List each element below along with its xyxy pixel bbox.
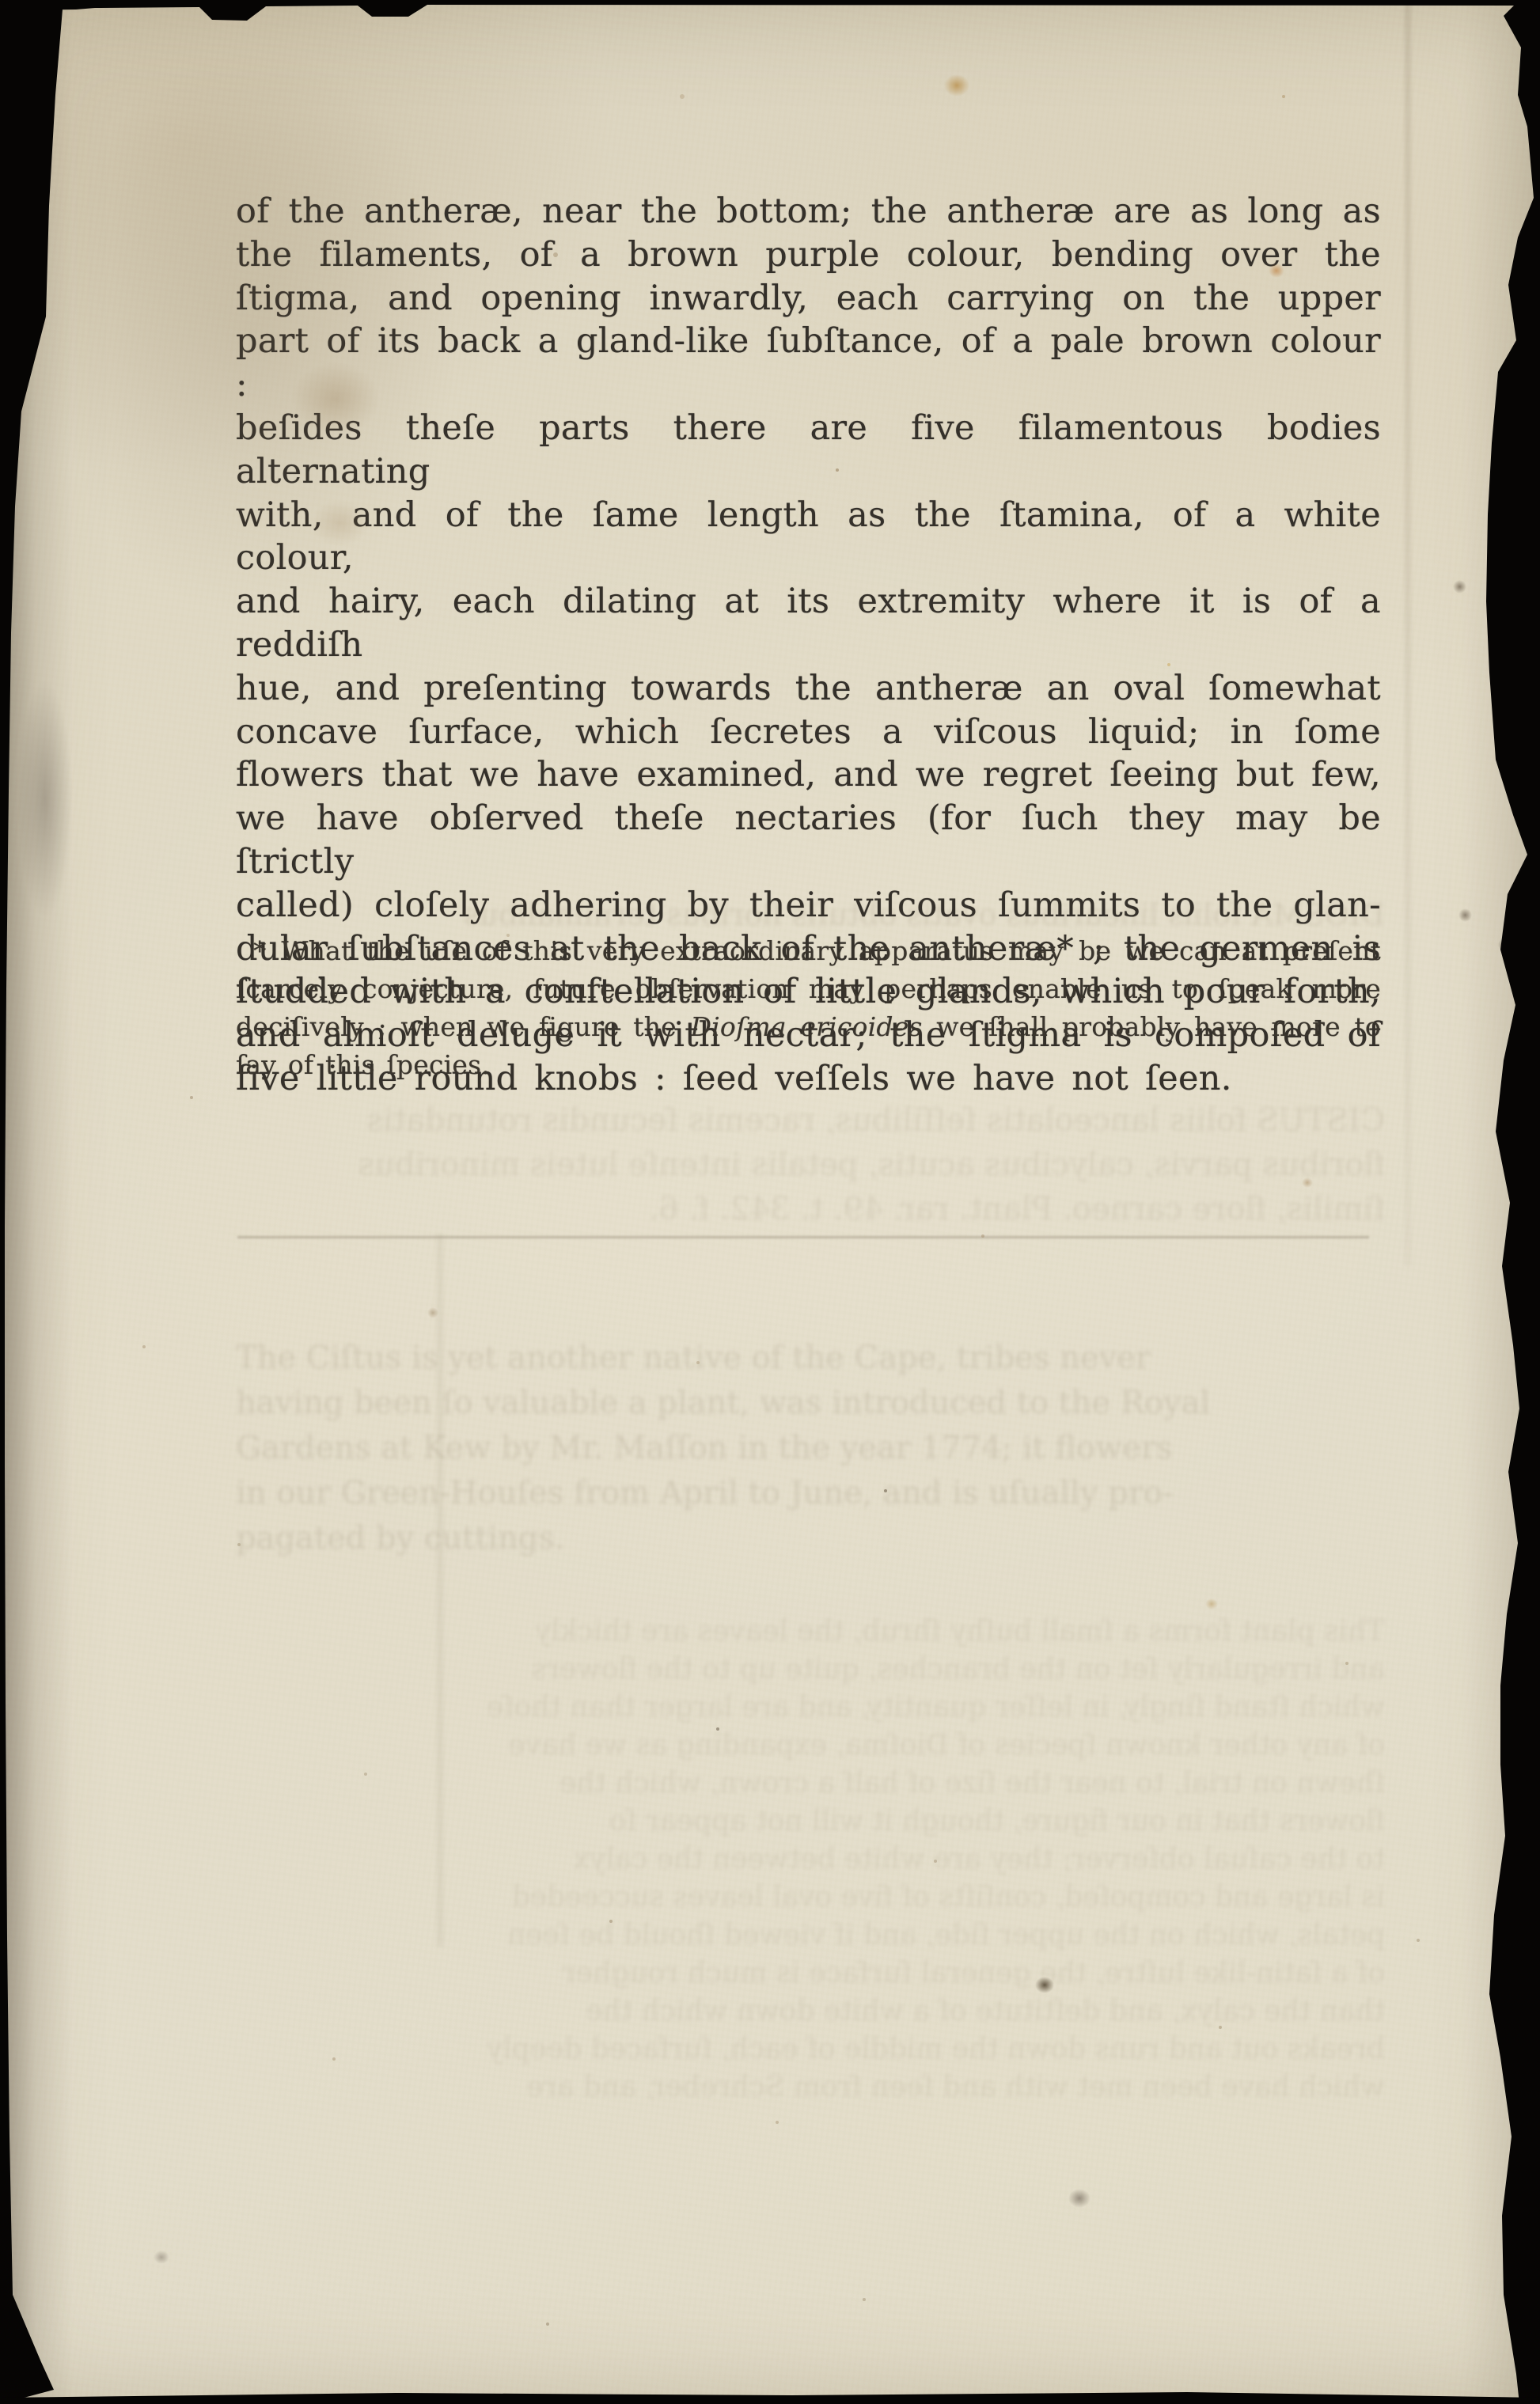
showthrough-block-b: CISTUS foliis lanceolatis ſeſſilibus, ra…: [236, 1098, 1385, 1231]
showthrough-line: The Ciſtus is yet another native of the …: [236, 1336, 1385, 1381]
body-line: the filaments, of a brown purple colour,…: [236, 233, 1381, 277]
showthrough-line: which ſtand ſingly, in leſſer quantity, …: [236, 1689, 1385, 1727]
showthrough-line: to the caſual obſerver; they are white b…: [236, 1841, 1385, 1879]
showthrough-line: ſimilis, flore carneo. Plant. rar. 49. t…: [236, 1187, 1385, 1231]
body-line: with, and of the ſame length as the ſtam…: [236, 494, 1381, 581]
body-line: and hairy, each dilating at its extremit…: [236, 580, 1381, 667]
footnote-line: deciſively ; when we figure the Dioſma e…: [236, 1008, 1381, 1046]
footnote: * What the uſe of this very extraordinar…: [236, 932, 1381, 1084]
showthrough-line: breaks out and runs down the middle of e…: [236, 2031, 1385, 2068]
showthrough-line: and irregularly ſet on the branches, qui…: [236, 1651, 1385, 1689]
fold-crease: [1405, 0, 1411, 1266]
footnote-line: ſay of this ſpecies.: [236, 1046, 1381, 1084]
body-line: of the antheræ, near the bottom; the ant…: [236, 190, 1381, 233]
showthrough-line: flowers that in our figure, though it wi…: [236, 1803, 1385, 1841]
footnote-text: we ſhall probably have more to: [923, 1011, 1381, 1042]
body-line: called) cloſely adhering by their viſcou…: [236, 884, 1381, 927]
showthrough-line: of any other known ſpecies of Dioſma, ex…: [236, 1727, 1385, 1765]
body-line: we have obſerved theſe nectaries (for ſu…: [236, 797, 1381, 884]
showthrough-line: is large and compoſed, conſiſts of five …: [236, 1879, 1385, 1917]
showthrough-line: which have been met with and ſeen from S…: [236, 2068, 1385, 2106]
showthrough-line: of a ſatin-like luſtre, the general ſurf…: [236, 1955, 1385, 1993]
showthrough-rule: [237, 1236, 1369, 1238]
body-line: beſides theſe parts there are five filam…: [236, 407, 1381, 494]
footnote-line: ſcarcely conjecture, future obſervation …: [236, 970, 1381, 1008]
body-line: flowers that we have examined, and we re…: [236, 753, 1381, 797]
showthrough-line: floribus parvis, calycibus acutis, petal…: [236, 1143, 1385, 1187]
fold-crease: [438, 1234, 442, 1947]
showthrough-block-c: The Ciſtus is yet another native of the …: [236, 1336, 1385, 1561]
body-line: part of its back a gland-like ſubſtance,…: [236, 320, 1381, 407]
showthrough-line: CISTUS foliis lanceolatis ſeſſilibus, ra…: [236, 1098, 1385, 1143]
showthrough-line: in our Green-Houſes from April to June, …: [236, 1471, 1385, 1516]
showthrough-line: having been ſo valuable a plant, was int…: [236, 1381, 1385, 1426]
body-line: ſtigma, and opening inwardly, each carry…: [236, 277, 1381, 320]
footnote-line: * What the uſe of this very extraordinar…: [236, 932, 1381, 970]
body-line: hue, and preſenting towards the antheræ …: [236, 667, 1381, 711]
showthrough-line: petals, which on the upper ſide, and if …: [236, 1917, 1385, 1955]
footnote-species-italic: Dioſma ericoides: [691, 1011, 923, 1042]
showthrough-line: ſhewn on trial, to near the ſize of half…: [236, 1765, 1385, 1803]
showthrough-line: Gardens at Kew by Mr. Maſſon in the year…: [236, 1426, 1385, 1471]
showthrough-line: pagated by cuttings.: [236, 1516, 1385, 1561]
showthrough-line: than the calyx, and deſtitute of a white…: [236, 1993, 1385, 2031]
showthrough-line: This plant forms a ſmall buſhy ſhrub, th…: [236, 1613, 1385, 1651]
footnote-text: deciſively ; when we figure the: [236, 1011, 691, 1042]
book-page: DIOSMA foliis linearibus ovatis obtuſis …: [0, 0, 1540, 2404]
showthrough-block-d: This plant forms a ſmall buſhy ſhrub, th…: [236, 1613, 1385, 2106]
body-line: concave ſurface, which ſecretes a viſcou…: [236, 711, 1381, 754]
